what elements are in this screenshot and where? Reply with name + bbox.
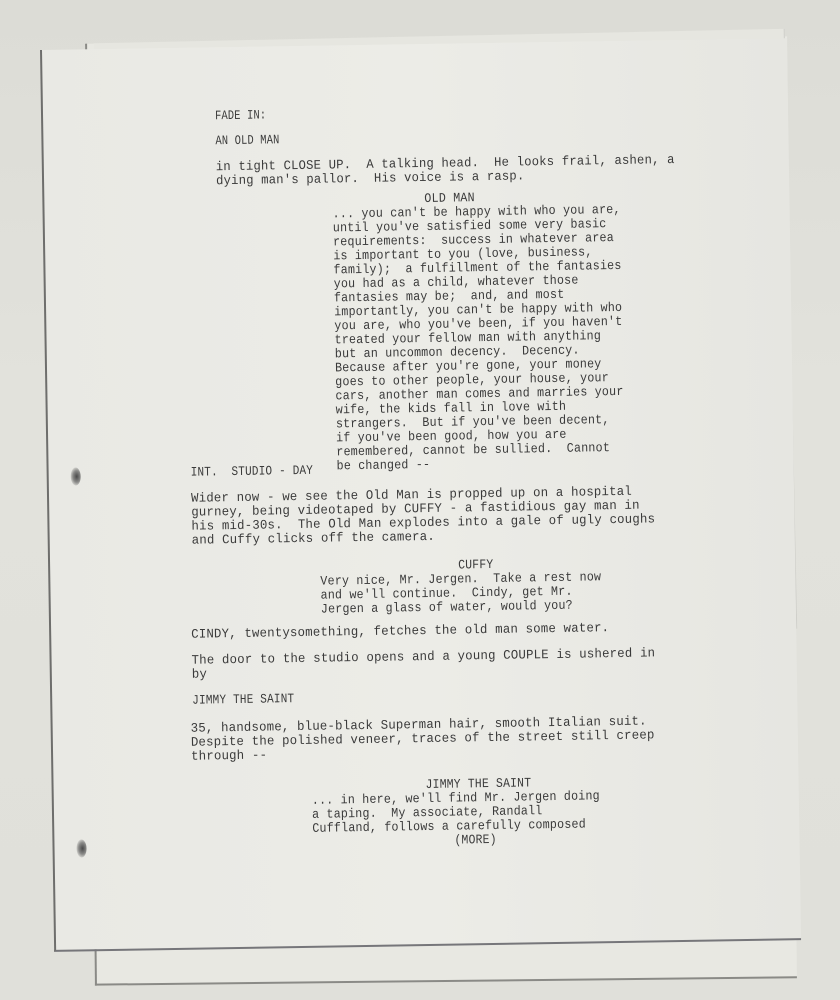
action-text: Wider now - we see the Old Man is proppe… (191, 484, 655, 547)
scene-heading: AN OLD MAN (215, 133, 279, 148)
action-text: in tight CLOSE UP. A talking head. He lo… (216, 153, 675, 188)
action-text: The door to the studio opens and a young… (192, 646, 656, 681)
action-text: 35, handsome, blue-black Superman hair, … (191, 714, 655, 763)
transition: FADE IN: (215, 108, 266, 123)
scene-heading: JIMMY THE SAINT (192, 692, 294, 708)
dialogue-text: ... in here, we'll find Mr. Jergen doing… (312, 789, 601, 836)
screenplay-page: FADE IN:AN OLD MANin tight CLOSE UP. A t… (40, 38, 801, 952)
action-text: CINDY, twentysomething, fetches the old … (191, 621, 609, 642)
dialogue-text: Very nice, Mr. Jergen. Take a rest nowan… (320, 570, 601, 616)
more-continuation: (MORE) (454, 833, 496, 848)
scene-heading: INT. STUDIO - DAY (191, 464, 314, 480)
screenplay-text: FADE IN:AN OLD MANin tight CLOSE UP. A t… (42, 38, 801, 950)
dialogue-text: ... you can't be happy with who you are,… (333, 203, 625, 473)
